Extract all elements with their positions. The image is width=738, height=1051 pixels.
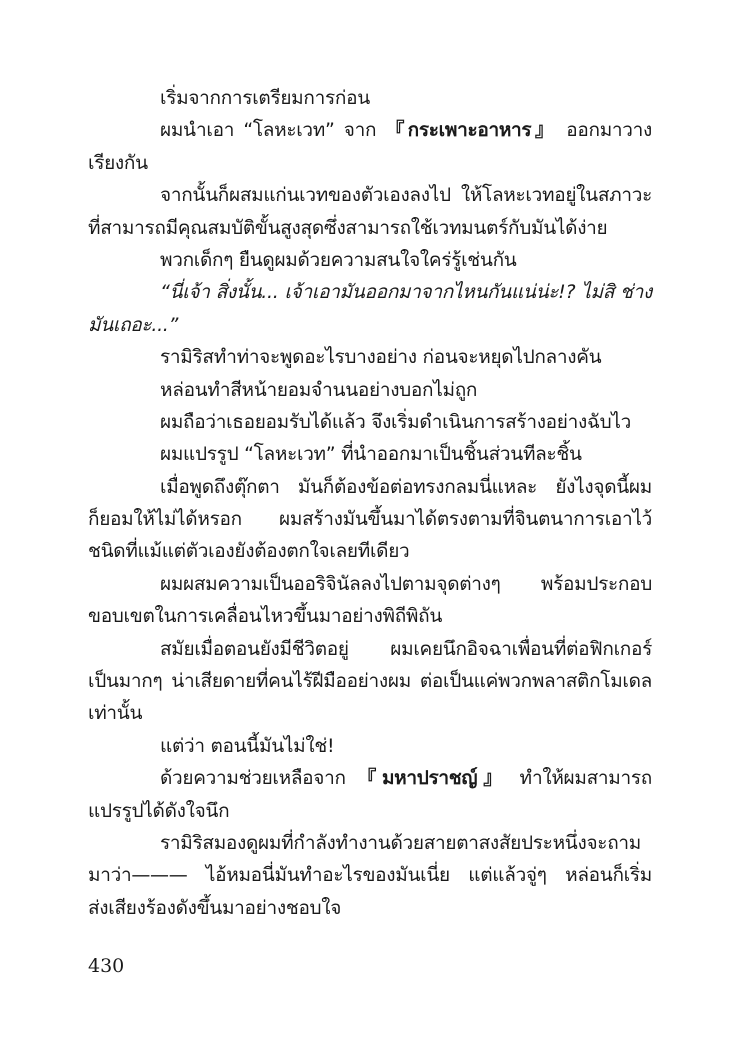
text-segment: แปรรูปได้ดังใจนึก (88, 800, 229, 822)
text-line: ก็ยอมให้ไม่ได้หรอก ผมสร้างมันขึ้นมาได้ตร… (88, 503, 652, 535)
text-segment: ส่งเสียงร้องดังขึ้นมาอย่างชอบใจ (88, 897, 341, 919)
text-segment: ผมผสมความเป็นออริจินัลลงไปตามจุดต่างๆ พร… (160, 573, 652, 595)
text-segment: สมัยเมื่อตอนยังมีชีวิตอยู่ ผมเคยนึกอิจฉา… (160, 638, 652, 660)
text-segment: เท่านั้น (88, 702, 142, 724)
text-line: ที่สามารถมีคุณสมบัติขั้นสูงสุดซึ่งสามารถ… (88, 212, 652, 244)
text-segment: เริ่มจากการเตรียมการก่อน (160, 87, 370, 109)
text-line: ชนิดที่แม้แต่ตัวเองยังต้องตกใจเลยทีเดียว (88, 535, 652, 567)
text-segment: รามิริสมองดูผมที่กำลังทำงานด้วยสายตาสงสั… (160, 832, 641, 854)
text-line: มาว่า——— ไอ้หมอนี่มันทำอะไรของมันเนี่ย แ… (88, 859, 652, 891)
text-line: ผมถือว่าเธอยอมรับได้แล้ว จึงเริ่มดำเนินก… (88, 406, 652, 438)
text-segment: ชนิดที่แม้แต่ตัวเองยังต้องตกใจเลยทีเดียว (88, 540, 409, 562)
text-line: เมื่อพูดถึงตุ๊กตา มันก็ต้องข้อต่อทรงกลมน… (88, 471, 652, 503)
text-line: จากนั้นก็ผสมแก่นเวทของตัวเองลงไป ให้โลหะ… (88, 179, 652, 211)
text-line: ผมผสมความเป็นออริจินัลลงไปตามจุดต่างๆ พร… (88, 568, 652, 600)
text-segment: พวกเด็กๆ ยืนดูผมด้วยความสนใจใคร่รู้เช่นก… (160, 249, 516, 271)
text-line: ด้วยความช่วยเหลือจาก 『มหาปราชญ์』 ทำให้ผม… (88, 762, 652, 794)
skill-name-bracketed: 『มหาปราชญ์』 (357, 767, 507, 789)
text-segment: เป็นมากๆ น่าเสียดายที่คนไร้ฝีมืออย่างผม … (88, 670, 652, 692)
text-segment: แต่ว่า ตอนนี้มันไม่ใช่! (160, 735, 334, 757)
text-segment: ที่สามารถมีคุณสมบัติขั้นสูงสุดซึ่งสามารถ… (88, 217, 607, 239)
text-segment: ทำให้ผมสามารถ (508, 767, 652, 789)
text-line: สมัยเมื่อตอนยังมีชีวิตอยู่ ผมเคยนึกอิจฉา… (88, 633, 652, 665)
text-line: ผมนำเอา “โลหะเวท” จาก 『กระเพาะอาหาร』 ออก… (88, 114, 652, 146)
text-segment: ขอบเขตในการเคลื่อนไหวขึ้นมาอย่างพิถีพิถั… (88, 605, 442, 627)
text-segment: ด้วยความช่วยเหลือจาก (160, 767, 357, 789)
text-segment: ออกมาวาง (557, 119, 652, 141)
text-line: แต่ว่า ตอนนี้มันไม่ใช่! (88, 730, 652, 762)
text-segment: จากนั้นก็ผสมแก่นเวทของตัวเองลงไป ให้โลหะ… (160, 184, 652, 206)
text-line: ผมแปรรูป “โลหะเวท” ที่นำออกมาเป็นชิ้นส่ว… (88, 438, 652, 470)
text-line: พวกเด็กๆ ยืนดูผมด้วยความสนใจใคร่รู้เช่นก… (88, 244, 652, 276)
text-line: หล่อนทำสีหน้ายอมจำนนอย่างบอกไม่ถูก (88, 374, 652, 406)
text-line: มันเถอะ...” (88, 309, 652, 341)
text-line: แปรรูปได้ดังใจนึก (88, 795, 652, 827)
text-line: เริ่มจากการเตรียมการก่อน (88, 82, 652, 114)
text-line: เท่านั้น (88, 697, 652, 729)
skill-name-bracketed: 『กระเพาะอาหาร』 (385, 119, 557, 141)
text-line: “นี่เจ้า สิ่งนั้น... เจ้าเอามันออกมาจากไ… (88, 276, 652, 308)
text-line: รามิริสทำท่าจะพูดอะไรบางอย่าง ก่อนจะหยุด… (88, 341, 652, 373)
text-segment: รามิริสทำท่าจะพูดอะไรบางอย่าง ก่อนจะหยุด… (160, 346, 601, 368)
text-segment: ผมถือว่าเธอยอมรับได้แล้ว จึงเริ่มดำเนินก… (160, 411, 631, 433)
text-segment: ผมนำเอา “โลหะเวท” จาก (160, 119, 385, 141)
text-segment: เรียงกัน (88, 152, 148, 174)
text-line: ส่งเสียงร้องดังขึ้นมาอย่างชอบใจ (88, 892, 652, 924)
page-body: เริ่มจากการเตรียมการก่อนผมนำเอา “โลหะเวท… (88, 82, 652, 924)
text-line: ขอบเขตในการเคลื่อนไหวขึ้นมาอย่างพิถีพิถั… (88, 600, 652, 632)
text-segment: เมื่อพูดถึงตุ๊กตา มันก็ต้องข้อต่อทรงกลมน… (160, 476, 652, 498)
text-segment: มาว่า——— ไอ้หมอนี่มันทำอะไรของมันเนี่ย แ… (88, 864, 652, 886)
text-segment: หล่อนทำสีหน้ายอมจำนนอย่างบอกไม่ถูก (160, 379, 477, 401)
text-line: เป็นมากๆ น่าเสียดายที่คนไร้ฝีมืออย่างผม … (88, 665, 652, 697)
text-segment: ก็ยอมให้ไม่ได้หรอก ผมสร้างมันขึ้นมาได้ตร… (88, 508, 652, 530)
text-segment: มันเถอะ...” (88, 314, 178, 336)
text-line: รามิริสมองดูผมที่กำลังทำงานด้วยสายตาสงสั… (88, 827, 652, 859)
text-line: เรียงกัน (88, 147, 652, 179)
page-number: 430 (88, 955, 124, 977)
text-segment: “นี่เจ้า สิ่งนั้น... เจ้าเอามันออกมาจากไ… (160, 281, 652, 303)
text-segment: ผมแปรรูป “โลหะเวท” ที่นำออกมาเป็นชิ้นส่ว… (160, 443, 582, 465)
